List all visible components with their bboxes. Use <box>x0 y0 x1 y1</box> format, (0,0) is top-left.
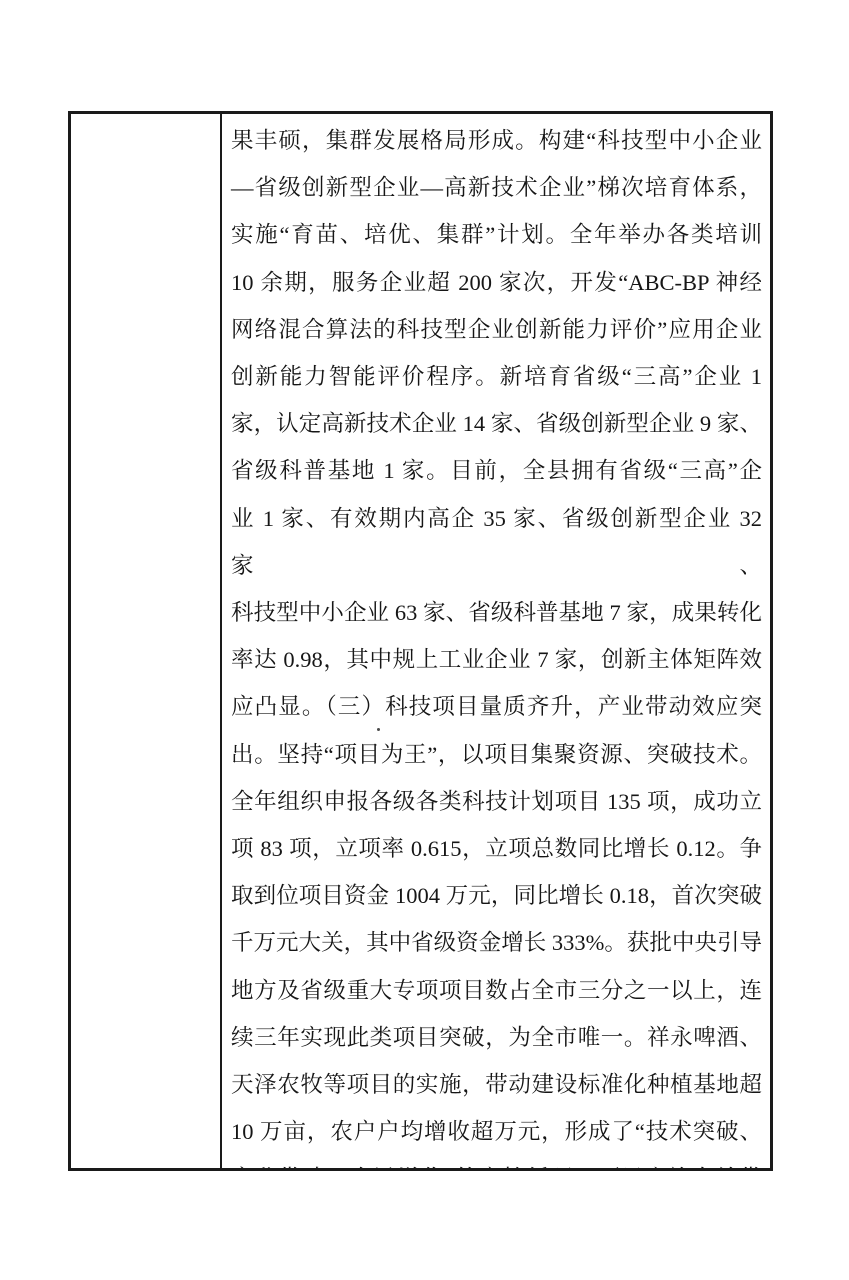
text-line: 项 83 项，立项率 0.615，立项总数同比增长 0.12。争 <box>231 825 762 872</box>
text-line: 应凸显。（三）科技项目量质齐升，产业带动效应突 <box>231 683 762 730</box>
table-label-cell <box>71 114 222 1168</box>
report-table: 果丰硕，集群发展格局形成。构建“科技型中小企业 —省级创新型企业—高新技术企业”… <box>68 111 773 1171</box>
text-line: 科技型中小企业 63 家、省级科普基地 7 家，成果转化 <box>231 589 762 636</box>
text-line: 10 余期，服务企业超 200 家次，开发“ABC-BP 神经 <box>231 259 762 306</box>
text-line: 实施“育苗、培优、集群”计划。全年举办各类培训 <box>231 211 762 258</box>
text-line: 业 1 家、有效期内高企 35 家、省级创新型企业 32 家、 <box>231 495 762 589</box>
text-line: 网络混合算法的科技型企业创新能力评价”应用企业 <box>231 306 762 353</box>
text-line: 率达 0.98，其中规上工业企业 7 家，创新主体矩阵效 <box>231 636 762 683</box>
scan-artifact-dot <box>377 728 380 731</box>
text-line: 家，认定高新技术企业 14 家、省级创新型企业 9 家、 <box>231 400 762 447</box>
text-line: 续三年实现此类项目突破，为全市唯一。祥永啤酒、 <box>231 1014 762 1061</box>
text-line: 产业带动、农民增收”的良性循环。项目实施有效带 <box>231 1155 762 1168</box>
text-line: 地方及省级重大专项项目数占全市三分之一以上，连 <box>231 967 762 1014</box>
text-line: 天泽农牧等项目的实施，带动建设标准化种植基地超 <box>231 1061 762 1108</box>
document-page: 果丰硕，集群发展格局形成。构建“科技型中小企业 —省级创新型企业—高新技术企业”… <box>0 0 849 1280</box>
text-line: 果丰硕，集群发展格局形成。构建“科技型中小企业 <box>231 117 762 164</box>
text-line: 创新能力智能评价程序。新培育省级“三高”企业 1 <box>231 353 762 400</box>
table-content-cell: 果丰硕，集群发展格局形成。构建“科技型中小企业 —省级创新型企业—高新技术企业”… <box>222 114 770 1168</box>
text-line: 全年组织申报各级各类科技计划项目 135 项，成功立 <box>231 778 762 825</box>
text-line: 10 万亩，农户户均增收超万元，形成了“技术突破、 <box>231 1108 762 1155</box>
text-line: 省级科普基地 1 家。目前，全县拥有省级“三高”企 <box>231 447 762 494</box>
text-line: 取到位项目资金 1004 万元，同比增长 0.18，首次突破 <box>231 872 762 919</box>
text-line: —省级创新型企业—高新技术企业”梯次培育体系， <box>231 164 762 211</box>
text-line: 出。坚持“项目为王”，以项目集聚资源、突破技术。 <box>231 731 762 778</box>
text-line: 千万元大关，其中省级资金增长 333%。获批中央引导 <box>231 919 762 966</box>
